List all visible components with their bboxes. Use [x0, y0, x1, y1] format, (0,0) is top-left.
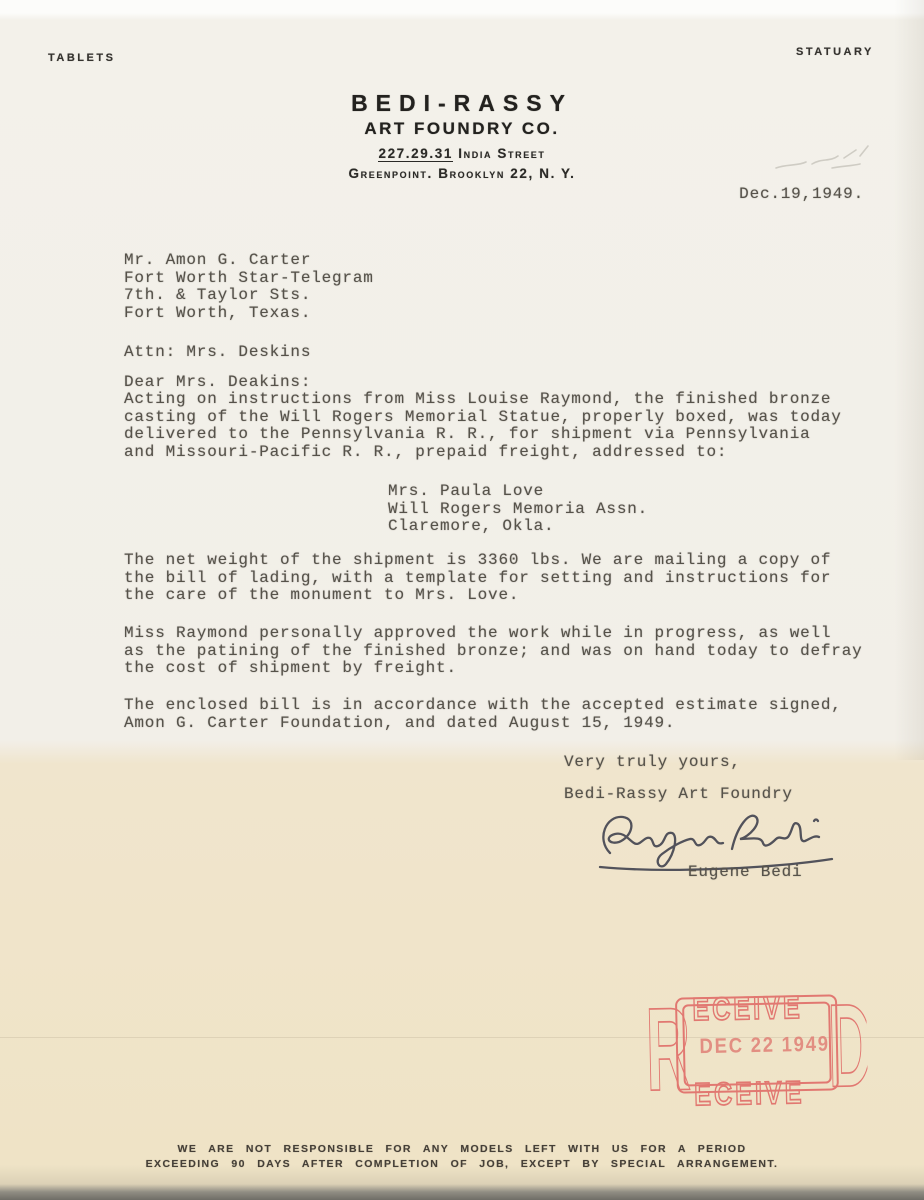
stamp-word-top: ECEIVE	[692, 990, 803, 1028]
stamp-letter-d: D	[827, 982, 869, 1112]
inner-address: Mrs. Paula Love Will Rogers Memoria Assn…	[388, 483, 648, 536]
letter-page: TABLETS STATUARY BEDI-RASSY ART FOUNDRY …	[0, 0, 924, 1200]
paragraph-1: Acting on instructions from Miss Louise …	[124, 391, 842, 461]
typed-signature-name: Eugene Bedi	[688, 864, 802, 882]
recipient-address: Mr. Amon G. Carter Fort Worth Star-Teleg…	[124, 252, 374, 322]
attn-line: Attn: Mrs. Deskins	[124, 344, 311, 362]
paragraph-4: The enclosed bill is in accordance with …	[124, 697, 842, 732]
valediction: Very truly yours,	[564, 754, 741, 772]
stamp-date: DEC 22 1949	[699, 1032, 830, 1058]
signed-company-line: Bedi-Rassy Art Foundry	[564, 786, 793, 804]
stamp-word-bottom: ECEIVE	[694, 1075, 805, 1112]
stamp-letter-r: R	[645, 983, 692, 1113]
salutation: Dear Mrs. Deakins:	[124, 374, 311, 392]
received-stamp: R ECEIVE D ECEIVE DEC 22 1949	[644, 982, 869, 1113]
letterhead-tablets-label: TABLETS	[48, 52, 115, 64]
street-number: 227.29.31	[378, 146, 452, 162]
company-subtitle: ART FOUNDRY CO.	[0, 119, 924, 139]
letterhead-statuary-label: STATUARY	[796, 46, 874, 58]
footer-disclaimer: WE ARE NOT RESPONSIBLE FOR ANY MODELS LE…	[142, 1142, 782, 1172]
paragraph-3: Miss Raymond personally approved the wor…	[124, 625, 863, 678]
date-line: Dec.19,1949.	[739, 186, 864, 204]
pencil-annotation	[772, 142, 892, 182]
paragraph-2: The net weight of the shipment is 3360 l…	[124, 552, 831, 605]
street-name: India Street	[458, 146, 545, 161]
company-name: BEDI-RASSY	[0, 90, 924, 117]
